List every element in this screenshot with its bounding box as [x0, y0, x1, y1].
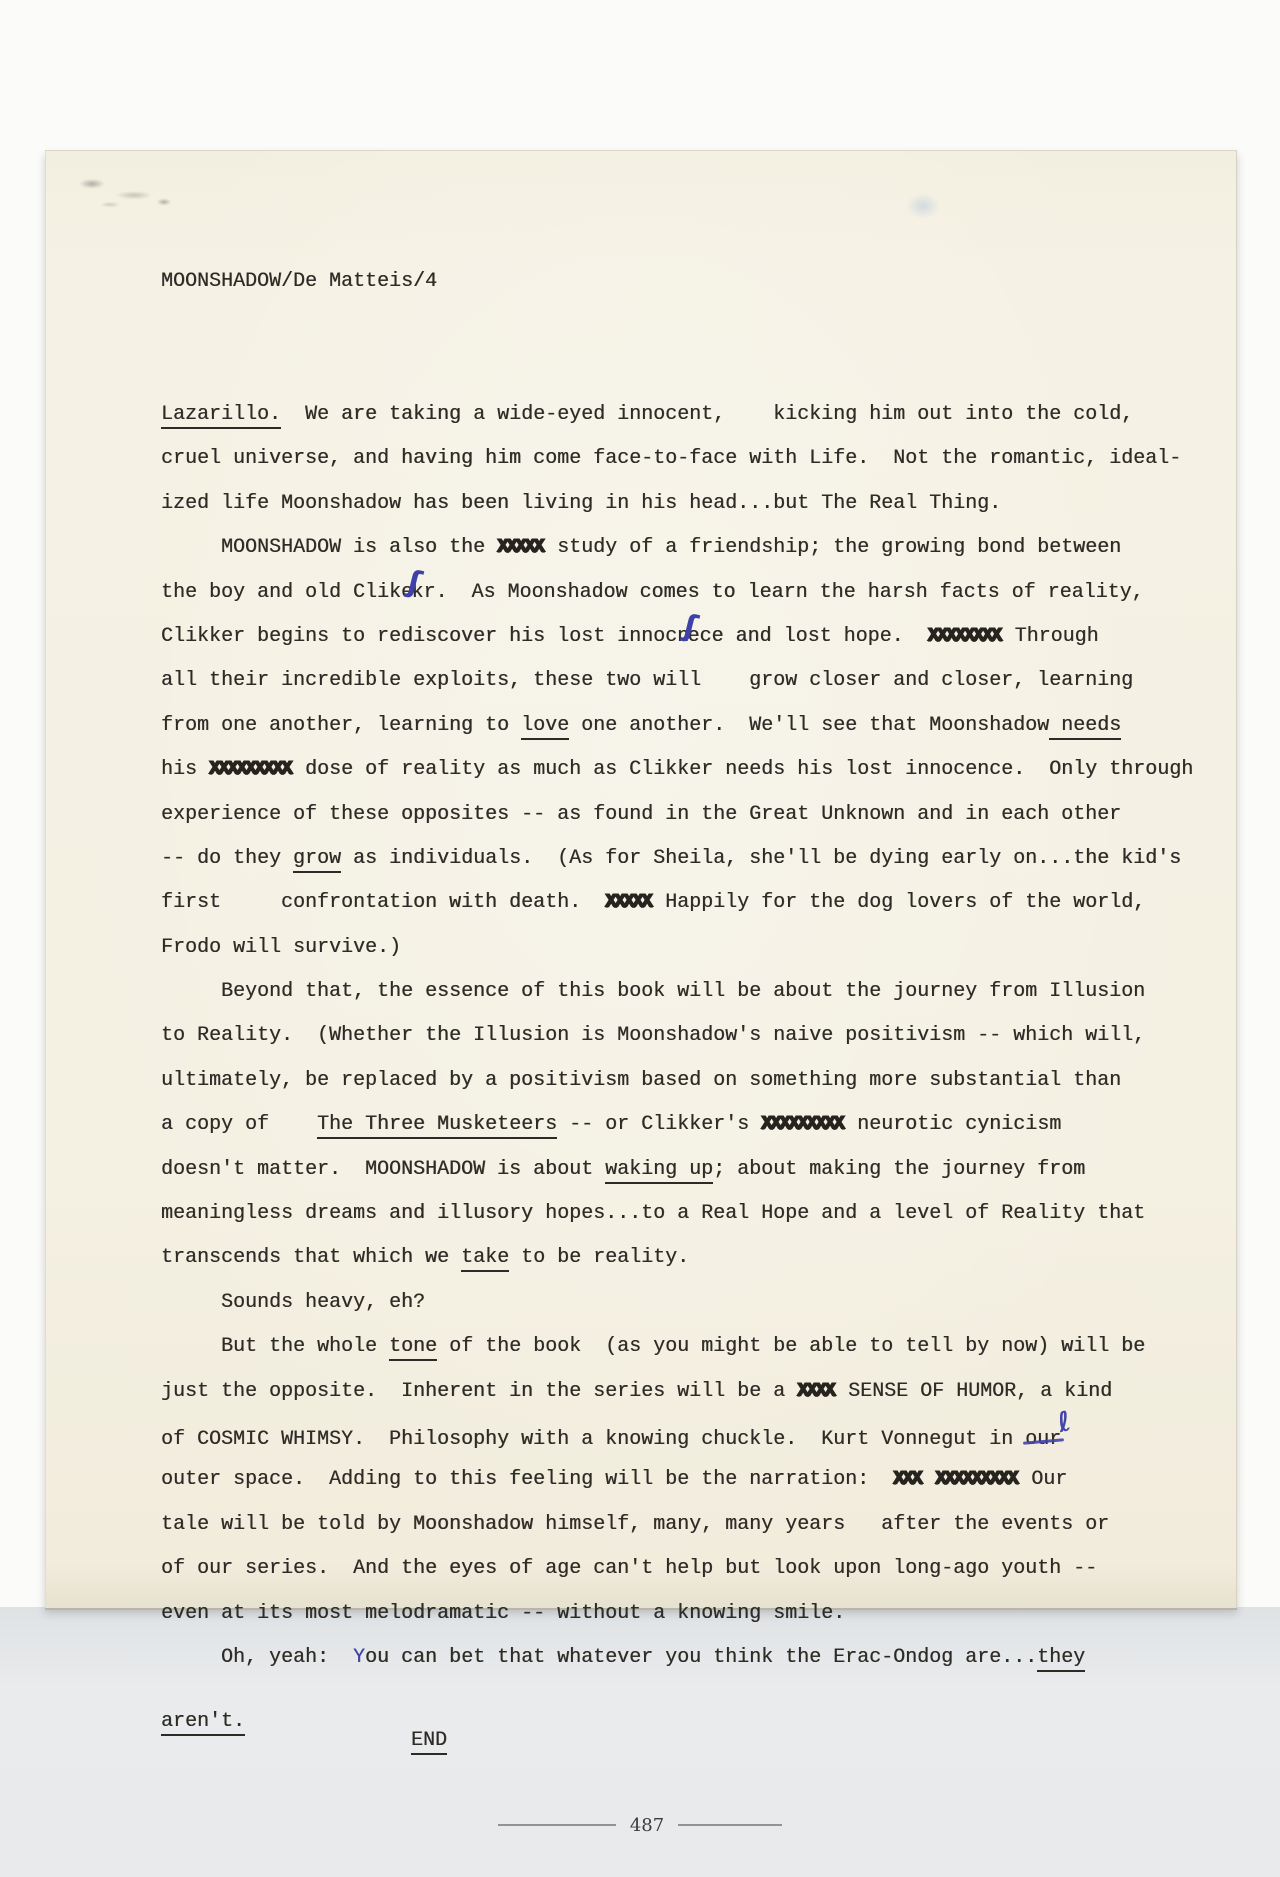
typed-text: all their incredible exploits, these two… — [161, 669, 1133, 692]
typed-text: But the whole — [161, 1335, 389, 1358]
typed-line: of COSMIC WHIMSY. Philosophy with a know… — [161, 1414, 1221, 1458]
typed-line: cruel universe, and having him come face… — [161, 437, 1221, 481]
typed-strikeover: XXXX — [797, 1380, 836, 1403]
typed-text: tone — [389, 1335, 437, 1361]
page-number: 487 — [630, 1815, 664, 1836]
typed-line: MOONSHADOW is also the XXXXX study of a … — [161, 526, 1221, 570]
typed-text: SENSE OF HUMOR, a kind — [836, 1380, 1112, 1403]
typed-line: to Reality. (Whether the Illusion is Moo… — [161, 1014, 1221, 1058]
typed-text: END — [411, 1729, 447, 1755]
typed-text: MOONSHADOW is also the — [161, 536, 497, 559]
typed-text: Happily for the dog lovers of the world, — [653, 891, 1145, 914]
typed-text: cruel universe, and having him come face… — [161, 447, 1181, 470]
typed-text: doesn't matter. MOONSHADOW is about — [161, 1158, 605, 1181]
typed-line: Sounds heavy, eh? — [161, 1281, 1221, 1325]
typed-text: first confrontation with death. — [161, 891, 605, 914]
typed-text: of the book (as you might be able to tel… — [437, 1335, 1145, 1358]
typed-line — [161, 1680, 1221, 1700]
typed-text: Beyond that, the essence of this book wi… — [161, 980, 1145, 1003]
typed-lines: Lazarillo. We are taking a wide-eyed inn… — [161, 393, 1221, 1763]
typed-text: Frodo will survive.) — [161, 936, 401, 959]
typed-text: Our — [1019, 1468, 1067, 1491]
footer-dash-left — [498, 1824, 616, 1826]
typed-line: even at its most melodramatic -- without… — [161, 1592, 1221, 1636]
typed-text: experience of these opposites -- as foun… — [161, 803, 1121, 826]
typed-line: Beyond that, the essence of this book wi… — [161, 970, 1221, 1014]
typed-line: ultimately, be replaced by a positivism … — [161, 1059, 1221, 1103]
typed-text: neurotic cynicism — [845, 1113, 1061, 1136]
typed-strikeover: XXXXXXXXX — [935, 1468, 1019, 1491]
doc-header: MOONSHADOW/De Matteis/4 — [161, 260, 1221, 304]
typed-text: just the opposite. Inherent in the serie… — [161, 1380, 797, 1403]
typed-text: ultimately, be replaced by a positivism … — [161, 1069, 1121, 1092]
typed-line: Frodo will survive.) — [161, 926, 1221, 970]
typed-text: ; about making the journey from — [713, 1158, 1085, 1181]
typed-strikeover: XXXXXXXX — [928, 625, 1003, 648]
typed-text: The Three Musketeers — [317, 1113, 557, 1139]
typed-text: Oh, yeah: — [161, 1646, 353, 1669]
typed-text: Clikker begins to rediscover his lost in… — [161, 625, 689, 648]
typed-text: study of a friendship; the growing bond … — [545, 536, 1121, 559]
typed-text: -- do they — [161, 847, 293, 870]
typed-strikeover: XXXXXXXXX — [761, 1113, 845, 1136]
typed-text: take — [461, 1246, 509, 1272]
typed-text: outer space. Adding to this feeling will… — [161, 1468, 893, 1491]
typed-text: ou can bet that whatever you think the E… — [365, 1646, 1037, 1669]
typed-text: Lazarillo. — [161, 403, 281, 429]
typed-text: of COSMIC WHIMSY. Philosophy with a know… — [161, 1428, 1025, 1451]
typed-text: Through — [1003, 625, 1099, 648]
typed-text: ece and lost hope. — [688, 625, 928, 648]
book-page-footer: 487 — [0, 1810, 1280, 1840]
typed-strikeover: XXXXX — [605, 891, 653, 914]
typed-text: waking up — [605, 1158, 713, 1184]
typed-text — [923, 1468, 935, 1491]
typed-text: We are taking a wide-eyed innocent, kick… — [281, 403, 1133, 426]
typed-text-block: MOONSHADOW/De Matteis/4 Lazarillo. We ar… — [161, 171, 1221, 1852]
typed-text: transcends that which we — [161, 1246, 461, 1269]
typed-text: to Reality. (Whether the Illusion is Moo… — [161, 1024, 1145, 1047]
typed-line: first confrontation with death. XXXXX Ha… — [161, 881, 1221, 925]
typed-text: ized life Moonshadow has been living in … — [161, 492, 1001, 515]
typed-text: as individuals. (As for Sheila, she'll b… — [341, 847, 1181, 870]
typed-line: from one another, learning to love one a… — [161, 704, 1221, 748]
typed-text: the boy and old Clike — [161, 581, 413, 604]
typed-text: to be reality. — [509, 1246, 689, 1269]
typed-line: his XXXXXXXXX dose of reality as much as… — [161, 748, 1221, 792]
typed-text: Sounds heavy, eh? — [161, 1291, 425, 1314]
footer-dash-right — [678, 1824, 782, 1826]
typed-text: even at its most melodramatic -- without… — [161, 1602, 845, 1625]
typed-text: his — [161, 758, 209, 781]
typed-line: Oh, yeah: You can bet that whatever you … — [161, 1636, 1221, 1680]
typed-text: Y — [353, 1646, 365, 1669]
typed-line: tale will be told by Moonshadow himself,… — [161, 1503, 1221, 1547]
typed-text: tale will be told by Moonshadow himself,… — [161, 1513, 1109, 1536]
typed-line: ized life Moonshadow has been living in … — [161, 482, 1221, 526]
typed-text: from one another, learning to — [161, 714, 521, 737]
handwritten-transposition-mark: ʃ — [684, 626, 696, 629]
typescript-page: MOONSHADOW/De Matteis/4 Lazarillo. We ar… — [45, 150, 1237, 1608]
typed-line: transcends that which we take to be real… — [161, 1236, 1221, 1280]
typed-line: doesn't matter. MOONSHADOW is about waki… — [161, 1148, 1221, 1192]
typed-line: Lazarillo. We are taking a wide-eyed inn… — [161, 393, 1221, 437]
typed-text: -- or Clikker's — [557, 1113, 761, 1136]
typed-text: our — [1025, 1428, 1061, 1451]
typed-line: END — [161, 1719, 1221, 1763]
typed-strikeover: XXXXX — [497, 536, 545, 559]
typed-text: a copy of — [161, 1113, 317, 1136]
typed-text: of our series. And the eyes of age can't… — [161, 1557, 1097, 1580]
typed-line: But the whole tone of the book (as you m… — [161, 1325, 1221, 1369]
typed-text: grow — [293, 847, 341, 873]
typed-text: love — [521, 714, 569, 740]
typed-line: meaningless dreams and illusory hopes...… — [161, 1192, 1221, 1236]
typed-text: they — [1037, 1646, 1085, 1672]
typed-line: a copy of The Three Musketeers -- or Cli… — [161, 1103, 1221, 1147]
typed-strikeover: XXX — [893, 1468, 923, 1491]
typed-line: experience of these opposites -- as foun… — [161, 793, 1221, 837]
typed-line: of our series. And the eyes of age can't… — [161, 1547, 1221, 1591]
typed-text: aren't. — [161, 1710, 245, 1736]
handwritten-transposition-mark: ʃ — [408, 581, 420, 584]
typed-line: all their incredible exploits, these two… — [161, 659, 1221, 703]
typed-line: -- do they grow as individuals. (As for … — [161, 837, 1221, 881]
typed-text: kr. As Moonshadow comes to learn the har… — [412, 581, 1144, 604]
typed-text: needs — [1049, 714, 1121, 740]
scanned-book-page: { "page": { "number": "487" }, "doc": { … — [0, 0, 1280, 1877]
typed-line: Clikker begins to rediscover his lost in… — [161, 615, 1221, 659]
typed-strikeover: XXXXXXXXX — [209, 758, 293, 781]
typed-text: one another. We'll see that Moonshadow — [569, 714, 1049, 737]
typed-text: dose of reality as much as Clikker needs… — [293, 758, 1193, 781]
typed-line: outer space. Adding to this feeling will… — [161, 1458, 1221, 1502]
typed-text: meaningless dreams and illusory hopes...… — [161, 1202, 1145, 1225]
